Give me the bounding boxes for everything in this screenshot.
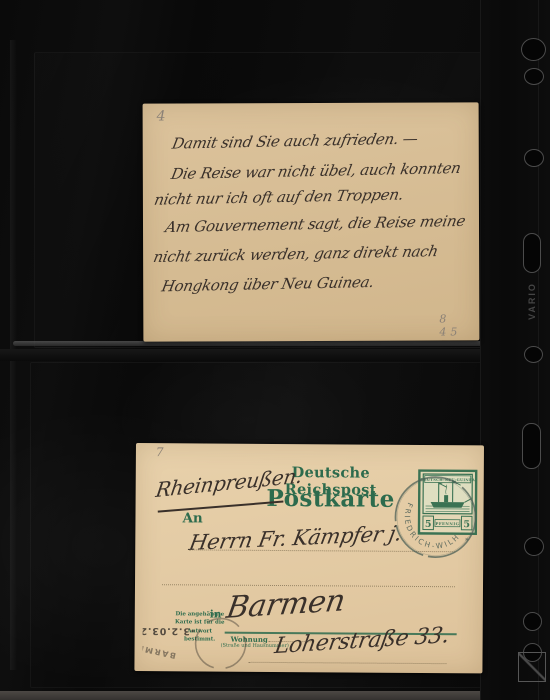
departure-postmark: FRIEDRICH-WILH * [387,469,484,566]
album-page: VARIO 4 Damit sind Sie auch zufrieden. —… [0,0,550,700]
punch-slot [522,423,541,469]
punch-hole [524,537,544,556]
pencil-price-note: 8 45 [439,312,479,338]
punch-hole [524,149,544,167]
handwriting-line: nicht zurück werden, ganz direkt nach [152,242,440,266]
pencil-number: 7 [156,445,164,459]
handwriting-line: Die Reise war nicht übel, auch konnten [170,159,463,183]
postcard-address-side: 7 Deutsche Reichspost Postkarte Rheinpre… [134,443,484,673]
punch-hole [524,346,543,363]
binder-brand-label: VARIO [527,281,539,321]
punch-hole [523,612,542,631]
arrival-postmark: -3.2.03.2-3N BARMEN [142,616,282,675]
svg-text:FRIEDRICH-WILH: FRIEDRICH-WILH [402,501,462,550]
pocket-seam-shadow [0,349,550,361]
postmark-town-text: FRIEDRICH-WILH [402,501,462,550]
handwritten-street: Loherstraße 33. [273,623,451,659]
arrival-town-text: BARMEN [142,641,176,660]
page-bottom-edge [0,691,516,700]
punch-hole [524,68,544,85]
binder-strip: VARIO [480,0,550,700]
pocket-seam [13,341,483,346]
handwriting-line: nicht nur ich oft auf den Troppen. [153,186,405,209]
handwriting-line: Hongkong über Neu Guinea. [160,273,375,295]
binder-corner-mark [518,652,546,682]
an-label: An [182,510,202,526]
handwriting-line: Damit sind Sie auch zufrieden. — [171,129,420,152]
arrival-date-text: -3.2.03.2-3N [142,625,194,637]
postcard-message-side: 4 Damit sind Sie auch zufrieden. — Die R… [143,102,480,341]
pencil-number: 4 [157,109,166,125]
punch-hole [521,38,546,61]
postmark-star: * [462,536,470,548]
handwriting-line: Am Gouvernement sagt, die Reise meine [164,212,467,236]
punch-slot [523,233,541,273]
